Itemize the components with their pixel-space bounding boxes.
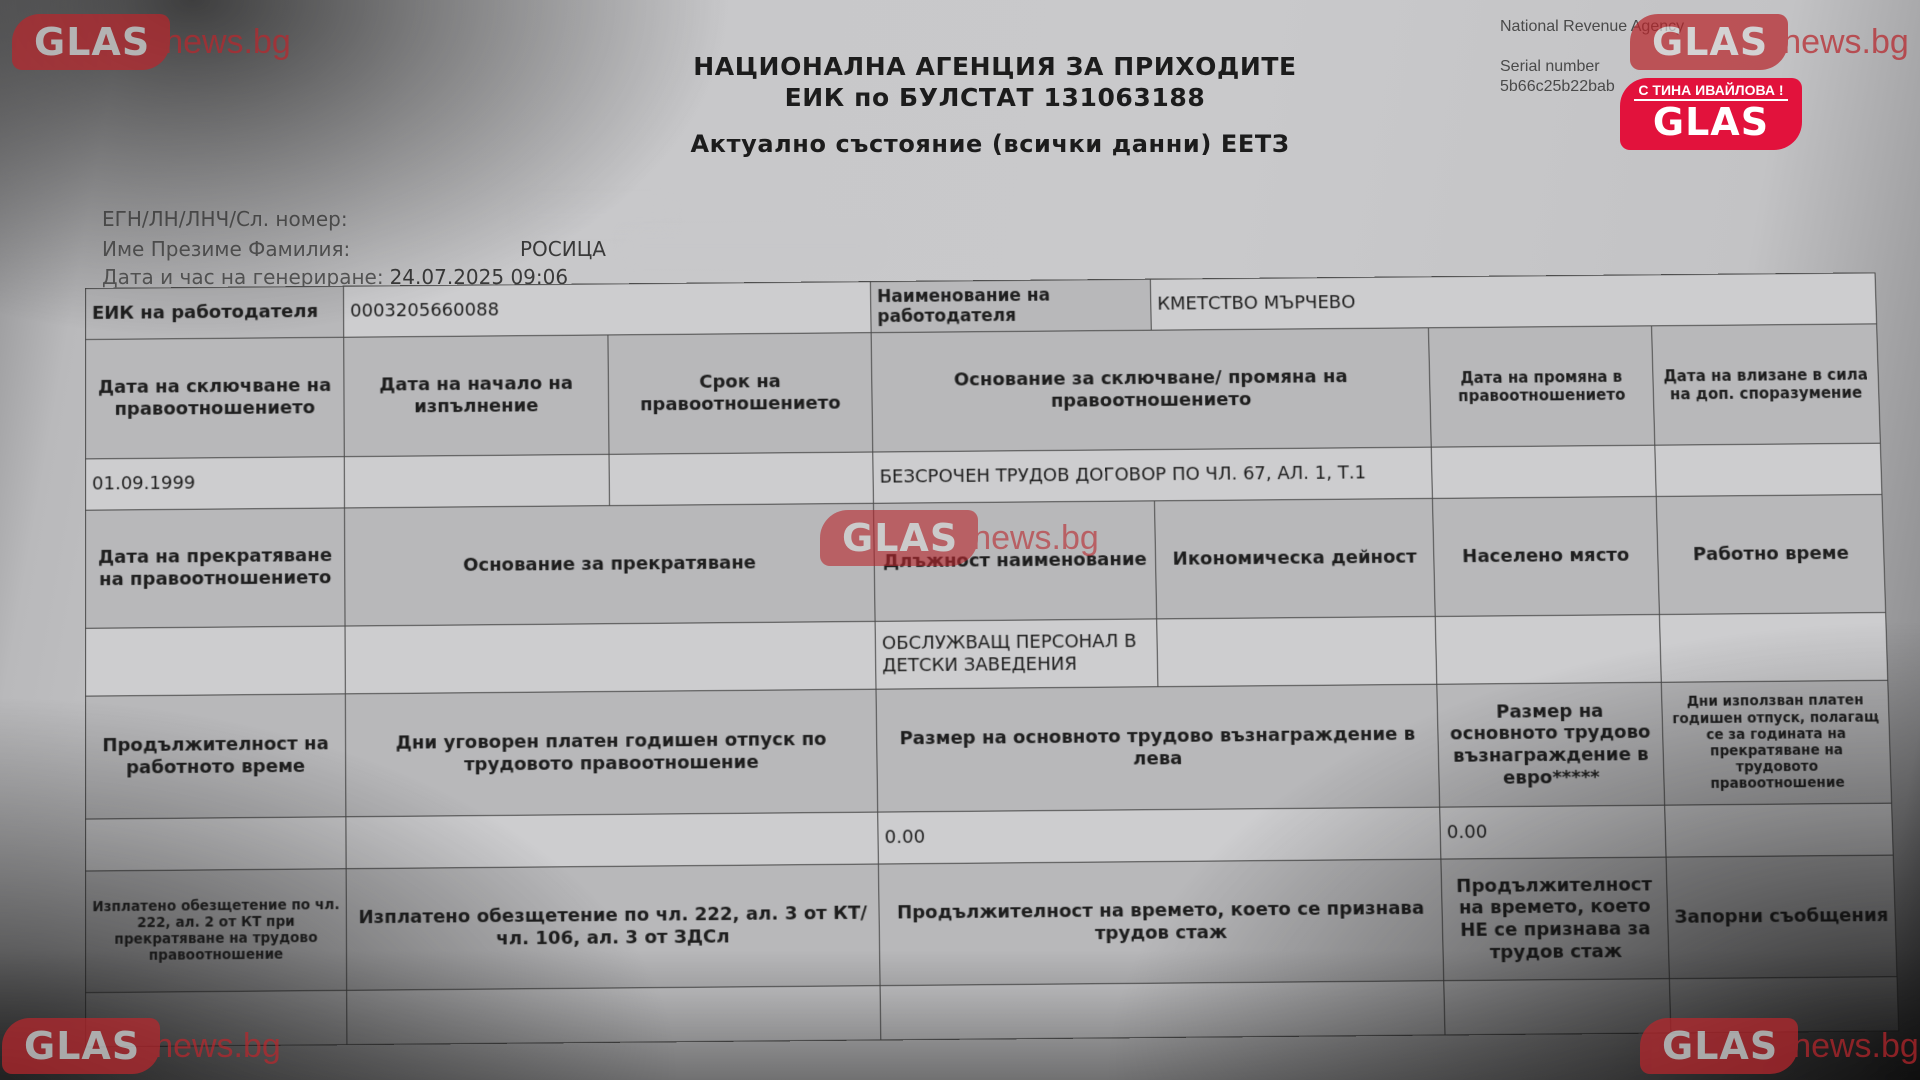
show-badge: С ТИНА ИВАЙЛОВА ! GLAS xyxy=(1620,78,1802,150)
header-salary-eur: Размер на основното трудово възнагражден… xyxy=(1437,682,1665,807)
header-termination-basis: Основание за прекратяване xyxy=(344,503,875,626)
watermark-bottom-right: GLASnews.bg xyxy=(1640,1018,1919,1074)
header-used-leave-days: Дни използван платен годишен отпуск, пол… xyxy=(1661,680,1891,805)
working-hours-value xyxy=(1659,613,1887,683)
salary-header-row: Продължителност на работното време Дни у… xyxy=(86,680,1892,819)
redacted-surname xyxy=(625,232,875,260)
annex-date-value xyxy=(1655,443,1882,496)
termination-basis-value xyxy=(345,621,876,693)
badge-logo: GLAS xyxy=(1620,101,1802,143)
serial-label: Serial number xyxy=(1500,58,1600,76)
header-start-date: Дата на начало на изпълнение xyxy=(344,335,609,457)
unrecognized-service-value xyxy=(1444,979,1671,1035)
header-conclusion-date: Дата на сключване на правоотношението xyxy=(86,337,345,459)
working-time-length-value xyxy=(86,817,347,871)
header-working-time-length: Продължителност на работното време xyxy=(86,694,346,819)
redacted-id xyxy=(520,200,670,230)
employer-eik-value: 0003205660088 xyxy=(343,282,871,338)
glas-logo: GLAS xyxy=(2,1018,160,1074)
header-working-hours: Работно време xyxy=(1656,494,1885,614)
header-recognized-service: Продължителност на времето, което се при… xyxy=(878,859,1443,986)
header-garnishment: Запорни съобщения xyxy=(1666,855,1897,979)
leave-days-value xyxy=(346,812,879,869)
glas-site: news.bg xyxy=(154,1027,281,1066)
header-termination-date: Дата на прекратяване на правоотношението xyxy=(86,508,346,628)
employer-eik-label: ЕИК на работодателя xyxy=(86,286,344,339)
person-id-label: ЕГН/ЛН/ЛНЧ/Сл. номер: xyxy=(102,207,348,231)
employer-name-value: КМЕТСТВО МЪРЧЕВО xyxy=(1150,273,1876,330)
used-leave-days-value xyxy=(1665,803,1894,857)
person-id-row: ЕГН/ЛН/ЛНЧ/Сл. номер: xyxy=(102,207,348,231)
position-title-value: ОБСЛУЖВАЩ ПЕРСОНАЛ В ДЕТСКИ ЗАВЕДЕНИЯ xyxy=(875,619,1158,689)
employment-record-table: ЕИК на работодателя 0003205660088 Наимен… xyxy=(85,272,1899,1047)
salary-eur-value: 0.00 xyxy=(1440,805,1666,859)
locality-value xyxy=(1435,614,1661,684)
change-date-value xyxy=(1431,445,1656,498)
watermark-center: GLASnews.bg xyxy=(820,510,1099,566)
person-name-value: РОСИЦА xyxy=(520,237,606,261)
employer-name-label: Наименование на работодателя xyxy=(870,279,1151,332)
header-compensation-art222-2: Изплатено обезщетение по чл. 222, ал. 2 … xyxy=(86,869,347,993)
glas-logo: GLAS xyxy=(12,14,170,70)
economic-activity-value xyxy=(1157,616,1437,686)
termination-date-value xyxy=(86,626,346,696)
header-compensation-art222-3: Изплатено обезщетение по чл. 222, ал. 3 … xyxy=(346,864,880,990)
start-date-value xyxy=(344,454,609,508)
person-name-label: Име Презиме Фамилия: xyxy=(102,237,350,261)
glas-logo: GLAS xyxy=(1630,14,1788,70)
contract-header-row: Дата на сключване на правоотношението Да… xyxy=(86,324,1881,459)
badge-tagline: С ТИНА ИВАЙЛОВА ! xyxy=(1634,82,1788,101)
basis-value: БЕЗСРОЧЕН ТРУДОВ ДОГОВОР ПО ЧЛ. 67, АЛ. … xyxy=(873,447,1433,503)
compensation-header-row: Изплатено обезщетение по чл. 222, ал. 2 … xyxy=(86,855,1898,993)
glas-site: news.bg xyxy=(972,519,1099,558)
header-change-date: Дата на промяна в правоотношението xyxy=(1428,326,1654,447)
header-locality: Населено място xyxy=(1432,496,1659,616)
conclusion-date-value: 01.09.1999 xyxy=(86,457,345,511)
header-term: Срок на правоотношението xyxy=(608,333,873,455)
glas-logo: GLAS xyxy=(820,510,978,566)
glas-logo: GLAS xyxy=(1640,1018,1798,1074)
serial-value: 5b66c25b22bab xyxy=(1500,78,1615,96)
compensation-art222-3-value xyxy=(347,986,881,1045)
person-name-row: Име Презиме Фамилия: РОСИЦА xyxy=(102,237,350,261)
watermark-top-left: GLASnews.bg xyxy=(12,14,291,70)
header-salary-bgn: Размер на основното трудово възнагражден… xyxy=(876,684,1440,812)
glas-site: news.bg xyxy=(1782,23,1909,62)
header-basis: Основание за сключване/ промяна на право… xyxy=(871,328,1431,452)
term-value xyxy=(609,452,873,506)
header-unrecognized-service: Продължителност на времето, което НЕ се … xyxy=(1441,857,1669,981)
salary-bgn-value: 0.00 xyxy=(878,807,1441,864)
watermark-bottom-left: GLASnews.bg xyxy=(2,1018,281,1074)
header-leave-days: Дни уговорен платен годишен отпуск по тр… xyxy=(345,689,877,817)
header-economic-activity: Икономическа дейност xyxy=(1154,498,1435,618)
glas-site: news.bg xyxy=(164,23,291,62)
header-annex-date: Дата на влизане в сила на доп. споразуме… xyxy=(1652,324,1881,445)
glas-site: news.bg xyxy=(1792,1027,1919,1066)
watermark-top-right: GLASnews.bg xyxy=(1630,14,1909,70)
recognized-service-value xyxy=(880,981,1445,1040)
